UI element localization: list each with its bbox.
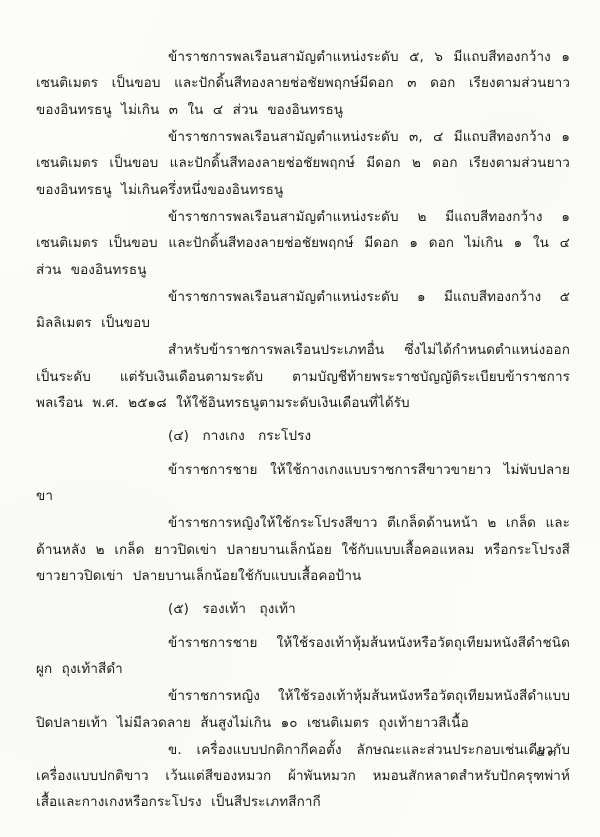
document-body: ข้าราชการพลเรือนสามัญตำแหน่งระดับ ๕, ๖ ม… (36, 44, 570, 816)
paragraph-uniform-level-3-4: ข้าราชการพลเรือนสามัญตำแหน่งระดับ ๓, ๔ ม… (36, 124, 570, 203)
paragraph-female-shoes: ข้าราชการหญิง ให้ใช้รองเท้าหุ้มส้นหนังหร… (36, 683, 570, 736)
paragraph-other-civil-servants: สำหรับข้าราชการพลเรือนประเภทอื่น ซึ่งไม่… (36, 337, 570, 416)
paragraph-khaki-uniform: ข. เครื่องแบบปกติกากีคอตั้ง ลักษณะและส่ว… (36, 737, 570, 816)
paragraph-male-shoes: ข้าราชการชาย ให้ใช้รองเท้าหุ้มส้นหนังหรื… (36, 630, 570, 683)
section-heading-shoes-socks: (๕) รองเท้า ถุงเท้า (168, 596, 570, 622)
document-page: ข้าราชการพลเรือนสามัญตำแหน่งระดับ ๕, ๖ ม… (0, 0, 600, 837)
paragraph-uniform-level-2: ข้าราชการพลเรือนสามัญตำแหน่งระดับ ๒ มีแถ… (36, 204, 570, 283)
page-number: ๔๓ (536, 742, 558, 762)
paragraph-female-skirt: ข้าราชการหญิงให้ใช้กระโปรงสีขาว ตีเกล็ดด… (36, 510, 570, 589)
paragraph-uniform-level-1: ข้าราชการพลเรือนสามัญตำแหน่งระดับ ๑ มีแถ… (36, 284, 570, 337)
section-heading-trousers-skirt: (๔) กางเกง กระโปรง (168, 423, 570, 449)
paragraph-male-trousers: ข้าราชการชาย ให้ใช้กางเกงแบบราชการสีขาวข… (36, 457, 570, 510)
paragraph-uniform-level-5-6: ข้าราชการพลเรือนสามัญตำแหน่งระดับ ๕, ๖ ม… (36, 44, 570, 123)
